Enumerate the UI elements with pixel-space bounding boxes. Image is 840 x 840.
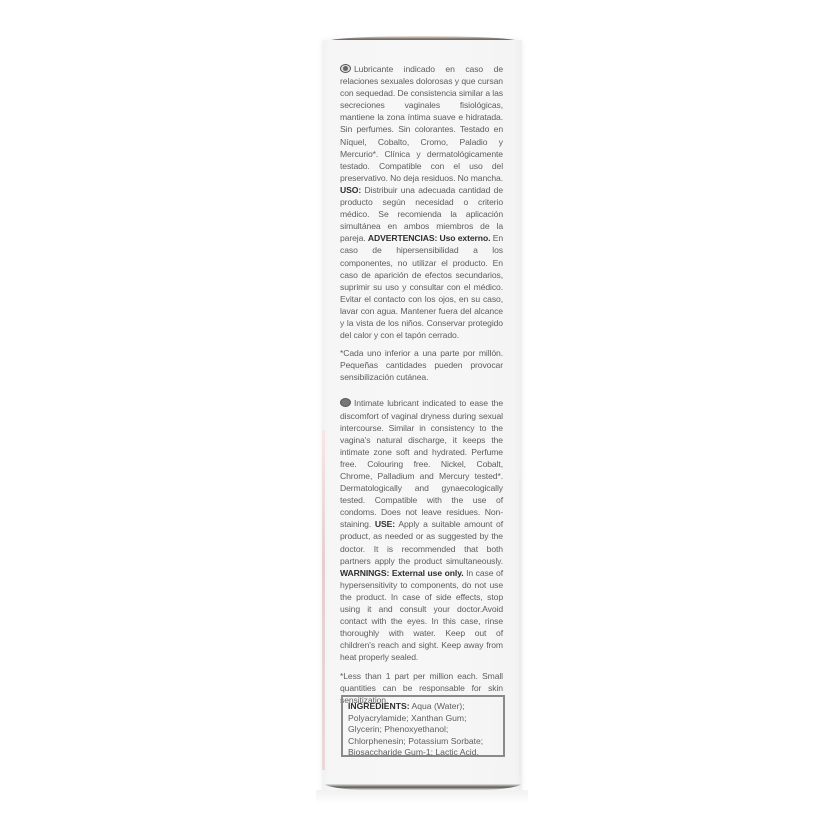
spanish-use-label: USO:	[340, 185, 361, 195]
box-left-edge	[322, 430, 325, 770]
english-description: Intimate lubricant indicated to ease the…	[340, 397, 503, 663]
ingredients-label: INGREDIENTS:	[348, 701, 410, 711]
spanish-footnote: *Cada uno inferior a una parte por milló…	[340, 347, 503, 383]
ingredients-box: INGREDIENTS: Aqua (Water); Polyacrylamid…	[341, 695, 505, 757]
uk-flag-icon	[340, 398, 351, 407]
spanish-warnings-label: ADVERTENCIAS: Uso externo.	[368, 233, 491, 243]
english-use-label: USE:	[375, 519, 395, 529]
spanish-flag-icon	[340, 64, 351, 73]
floor-shadow	[316, 790, 528, 804]
english-warnings-label: WARNINGS: External use only.	[340, 568, 464, 578]
box-right-edge	[519, 478, 521, 778]
spanish-intro: Lubricante indicado en caso de relacione…	[340, 64, 503, 183]
spanish-description: Lubricante indicado en caso de relacione…	[340, 63, 503, 341]
english-warnings-text: In case of hypersensitivity to component…	[340, 568, 503, 663]
label-text: Lubricante indicado en caso de relacione…	[340, 63, 503, 712]
spanish-warnings-text: En caso de hipersensibilidad a los compo…	[340, 233, 503, 340]
english-intro: Intimate lubricant indicated to ease the…	[340, 398, 503, 529]
